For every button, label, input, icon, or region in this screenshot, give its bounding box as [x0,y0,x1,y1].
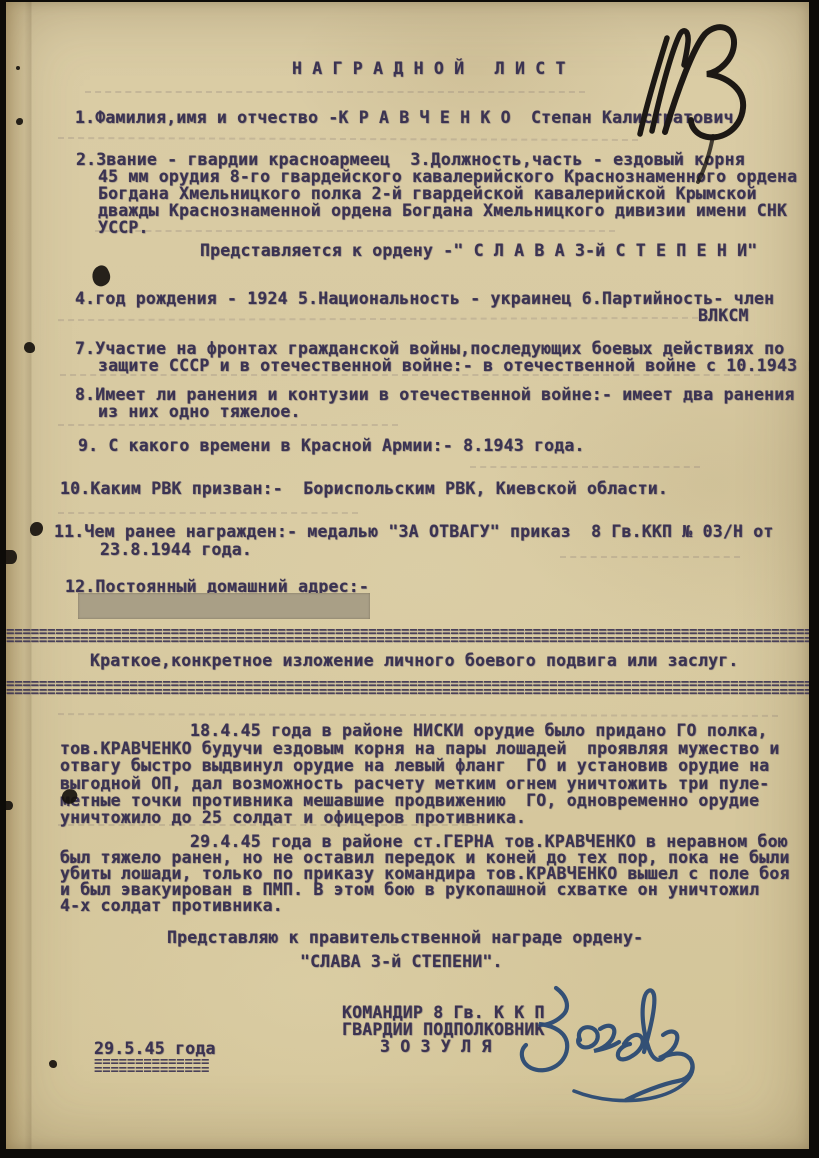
bleed-mark [58,512,358,514]
ink-spot [49,1060,57,1068]
ink-spot [16,118,23,125]
ink-spot [16,66,20,70]
field-rank-unit-line: дважды Краснознаменной ордена Богдана Хм… [98,202,787,219]
page-title: Н А Г Р А Д Н О Й Л И С Т [292,60,566,77]
scan-edge-left [0,0,6,1158]
field-rank-unit-line: Богдана Хмельницкого полка 2-й гвардейск… [98,185,757,202]
paper-left-edge-shading [6,2,32,1149]
bleed-mark [58,137,638,141]
field-wounds-line: из них одно тяжелое. [98,403,301,420]
field-birth-nationality-party: 4.год рождения - 1924 5.Национальность -… [75,290,774,307]
scan-edge-top [0,0,819,2]
bleed-mark [560,556,740,558]
commander-surname-line: З О З У Л Я [380,1038,491,1055]
ink-spot [24,342,35,353]
field-army-service-since: 9. С какого времени в Красной Армии:- 8.… [78,437,585,454]
ink-spot [30,522,43,536]
field-rank-unit-line: 2.Звание - гвардии красноармеец 3.Должно… [76,151,745,168]
field-drafted-by: 10.Каким РВК призван:- Бориспольским РВК… [60,480,668,497]
field-rank-unit-line: УССР. [98,219,149,236]
redacted-address-box [78,593,370,619]
field-previous-awards-line: 23.8.1944 года. [100,541,252,558]
ink-spot [6,550,17,564]
bleed-mark [470,466,700,468]
scanned-document: Н А Г Р А Д Н О Й Л И С Т 1.Фамилия,имя … [0,0,819,1158]
field-rank-unit-line: 45 мм орудия 8-го гвардейского кавалерий… [98,168,797,185]
separator-row: ============== [94,1066,226,1074]
bleed-mark [58,424,398,426]
field-war-participation-line: защите СССР и в отечественной войне:- в … [98,357,809,374]
commander-rank-line: ГВАРДИИ ПОДПОЛКОВНИК [342,1021,545,1038]
feat-paragraph-line: 18.4.45 года в районе НИСКИ орудие было … [190,722,768,739]
scan-edge-bottom [0,1149,819,1158]
field-wounds-line: 8.Имеет ли ранения и контузии в отечеств… [75,386,795,403]
bleed-mark [58,317,698,321]
ink-spot [6,801,13,810]
commander-title-line: КОМАНДИР 8 Гв. К К П [342,1004,545,1021]
bleed-mark [58,713,778,717]
separator-row: ========================================… [6,688,809,696]
bleed-mark [85,91,585,93]
separator-row: ========================================… [6,636,809,644]
field-party-value: ВЛКСМ [698,307,749,324]
feat-paragraph-line: отвагу быстро выдвинул орудие на левый ф… [60,757,769,774]
double-rule-separator: ========================================… [6,680,809,697]
presented-to-order-line: Представляется к ордену -" С Л А В А 3-й… [200,242,757,259]
feat-paragraph-line: выгодной ОП, дал возможность расчету мет… [60,775,769,792]
document-date: 29.5.45 года [94,1040,216,1057]
date-underline-rule: ============== ============== [94,1058,226,1074]
feat-paragraph-line: метные точки противника мешавшие продвиж… [60,792,759,809]
feat-paragraph-line: 4-х солдат противника. [60,897,283,914]
scan-edge-right [809,0,819,1158]
double-rule-separator: ========================================… [6,628,809,645]
feat-paragraph-line: тов.КРАВЧЕНКО будучи ездовым корня на па… [60,740,780,757]
field-name: 1.Фамилия,имя и отчество -К Р А В Ч Е Н … [75,109,734,126]
feat-section-caption: Краткое,конкретное изложение личного бое… [90,652,739,669]
ink-blot [89,263,114,289]
field-previous-awards-line: 11.Чем ранее награжден:- медалью "ЗА ОТВ… [54,523,774,540]
feat-paragraph-line: уничтожило до 25 солдат и офицеров проти… [60,809,526,826]
field-war-participation-line: 7.Участие на фронтах гражданской войны,п… [75,340,784,357]
award-name-line: "СЛАВА 3-й СТЕПЕНИ". [300,953,503,970]
bleed-mark [95,230,615,232]
paper-sheet: Н А Г Р А Д Н О Й Л И С Т 1.Фамилия,имя … [6,2,809,1149]
conclusion-line: Представляю к правительственной награде … [167,929,643,946]
